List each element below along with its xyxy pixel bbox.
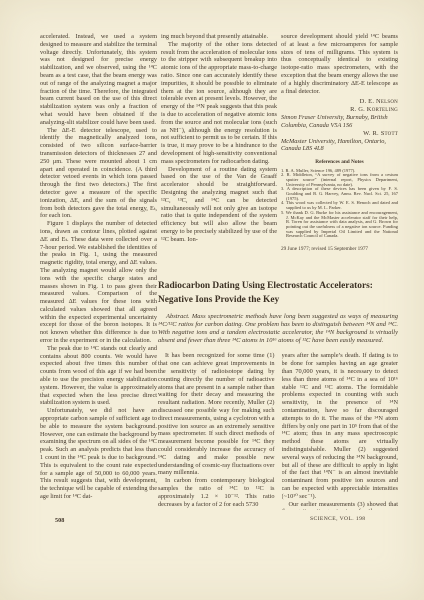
- second-article: Radiocarbon Dating Using Electrostatic A…: [158, 280, 398, 510]
- paragraph: Unfortunately, we did not have an approp…: [40, 407, 157, 501]
- page-number: 508: [55, 517, 64, 524]
- paragraph: source development should yield ¹⁴C beam…: [281, 33, 398, 95]
- reference-item: 2. R. Middleton, “A survey of negative i…: [281, 173, 398, 187]
- paragraph: The majority of the other ions detected …: [161, 41, 277, 166]
- submission-dateline: 29 June 1977; revised 15 September 1977: [281, 246, 398, 254]
- paragraph: years after the sample’s death. If datin…: [282, 352, 399, 500]
- paragraph: It has been recognized for some time (1)…: [158, 352, 275, 477]
- author-name: W. R. Stott: [281, 130, 398, 138]
- second-article-column-left: It has been recognized for some time (1)…: [158, 352, 275, 510]
- article-title-line1: Radiocarbon Dating Using Electrostatic A…: [158, 281, 373, 291]
- references-heading: References and Notes: [281, 159, 398, 167]
- author-affiliation: McMaster University, Hamilton, Ontario, …: [281, 138, 398, 153]
- author-affiliation: Simon Fraser University, Burnaby, Britis…: [281, 114, 398, 129]
- paragraph: ing much beyond that presently attainabl…: [161, 33, 277, 41]
- first-article-column-2: ing much beyond that presently attainabl…: [161, 33, 277, 244]
- author-name: R. G. Korteling: [281, 106, 398, 114]
- paragraph: In carbon from contemporary biological s…: [158, 477, 275, 508]
- second-article-column-right: years after the sample’s death. If datin…: [282, 352, 399, 510]
- second-article-body: It has been recognized for some time (1)…: [158, 352, 398, 510]
- paragraph: accelerated. Instead, we used a system d…: [40, 33, 157, 127]
- author-name: D. E. Nelson: [281, 98, 398, 106]
- paragraph: Development of a routine dating system b…: [161, 166, 277, 244]
- article-title: Radiocarbon Dating Using Electrostatic A…: [158, 280, 398, 307]
- paragraph: Figure 1 displays the number of detected…: [40, 220, 157, 345]
- first-article-column-1: accelerated. Instead, we used a system d…: [40, 33, 157, 519]
- paragraph: The ΔE-E detector telescope, used to ide…: [40, 127, 157, 221]
- journal-volume: SCIENCE, VOL. 198: [310, 516, 366, 522]
- article-abstract: Abstract. Mass spectrometric methods hav…: [158, 313, 398, 345]
- reference-item: 5. We thank D. G. Burke for his assistan…: [281, 211, 398, 239]
- paragraph: Our earlier measurements (3) showed that…: [282, 501, 399, 511]
- journal-page: accelerated. Instead, we used a system d…: [0, 0, 424, 600]
- reference-item: 3. A description of these devices has be…: [281, 187, 398, 201]
- article-title-line2: Negative Ions Provide the Key: [158, 295, 279, 305]
- paragraph: The peak due to ¹⁴C stands out clearly a…: [40, 345, 157, 407]
